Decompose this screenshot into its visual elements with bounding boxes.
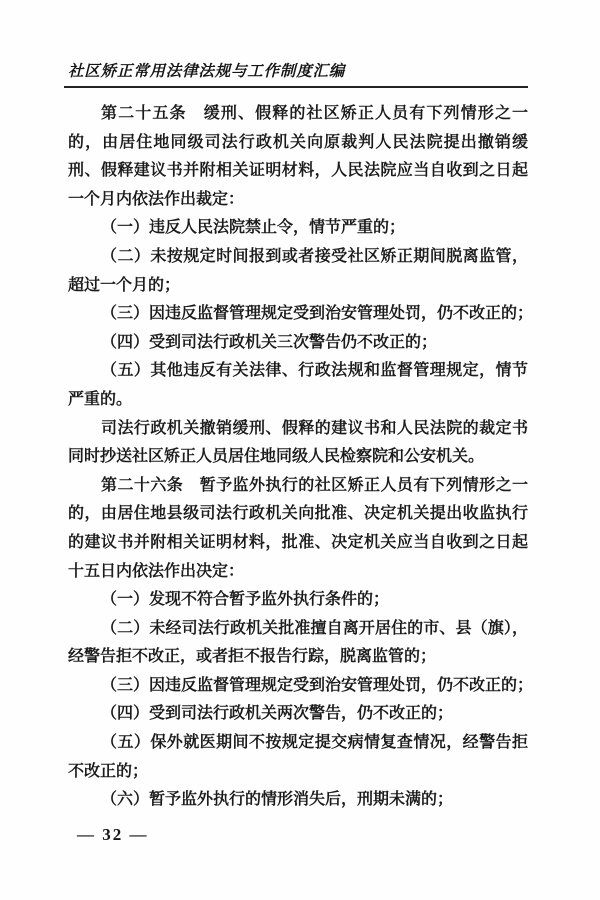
text-line: 的，由居住地同级司法行政机关向原裁判人民法院提出撤销缓 — [68, 129, 528, 158]
text-line-item-4: （四）受到司法行政机关三次警告仍不改正的； — [68, 329, 528, 358]
text-line: 的，由居住地县级司法行政机关向批准、决定机关提出收监执行 — [68, 500, 528, 529]
text-line-article-25-start: 第二十五条 缓刑、假释的社区矫正人员有下列情形之一 — [68, 100, 528, 129]
text-line: 的建议书并附相关证明材料，批准、决定机关应当自收到之日起 — [68, 529, 528, 558]
text-line-item-1: （一）发现不符合暂予监外执行条件的； — [68, 586, 528, 615]
text-line: 超过一个月的； — [68, 272, 528, 301]
header-rule — [64, 86, 528, 88]
text-line: 十五日内依法作出决定： — [68, 558, 528, 587]
text-line-item-4: （四）受到司法行政机关两次警告，仍不改正的； — [68, 700, 528, 729]
text-line-item-2: （二）未按规定时间报到或者接受社区矫正期间脱离监管， — [68, 243, 528, 272]
text-line-item-2: （二）未经司法行政机关批准擅自离开居住的市、县（旗）， — [68, 615, 528, 644]
text-line-item-3: （三）因违反监督管理规定受到治安管理处罚，仍不改正的； — [68, 300, 528, 329]
text-line-item-5: （五）保外就医期间不按规定提交病情复查情况，经警告拒 — [68, 729, 528, 758]
document-body: 第二十五条 缓刑、假释的社区矫正人员有下列情形之一 的，由居住地同级司法行政机关… — [68, 100, 528, 815]
text-line-item-1: （一）违反人民法院禁止令，情节严重的； — [68, 214, 528, 243]
text-line-item-3: （三）因违反监督管理规定受到治安管理处罚，仍不改正的； — [68, 672, 528, 701]
text-line: 不改正的； — [68, 758, 528, 787]
text-line: 同时抄送社区矫正人员居住地同级人民检察院和公安机关。 — [68, 443, 528, 472]
text-line: 刑、假释建议书并附相关证明材料，人民法院应当自收到之日起 — [68, 157, 528, 186]
text-line-article-26-start: 第二十六条 暂予监外执行的社区矫正人员有下列情形之一 — [68, 472, 528, 501]
text-line: 严重的。 — [68, 386, 528, 415]
text-line-paragraph: 司法行政机关撤销缓刑、假释的建议书和人民法院的裁定书 — [68, 415, 528, 444]
text-line-item-6: （六）暂予监外执行的情形消失后，刑期未满的； — [68, 786, 528, 815]
text-line-item-5: （五）其他违反有关法律、行政法规和监督管理规定，情节 — [68, 357, 528, 386]
document-page: 社区矫正常用法律法规与工作制度汇编 第二十五条 缓刑、假释的社区矫正人员有下列情… — [0, 0, 600, 900]
text-line: 一个月内依法作出裁定： — [68, 186, 528, 215]
page-number: — 32 — — [77, 825, 149, 845]
running-header: 社区矫正常用法律法规与工作制度汇编 — [68, 59, 345, 81]
text-line: 经警告拒不改正，或者拒不报告行踪，脱离监管的； — [68, 643, 528, 672]
